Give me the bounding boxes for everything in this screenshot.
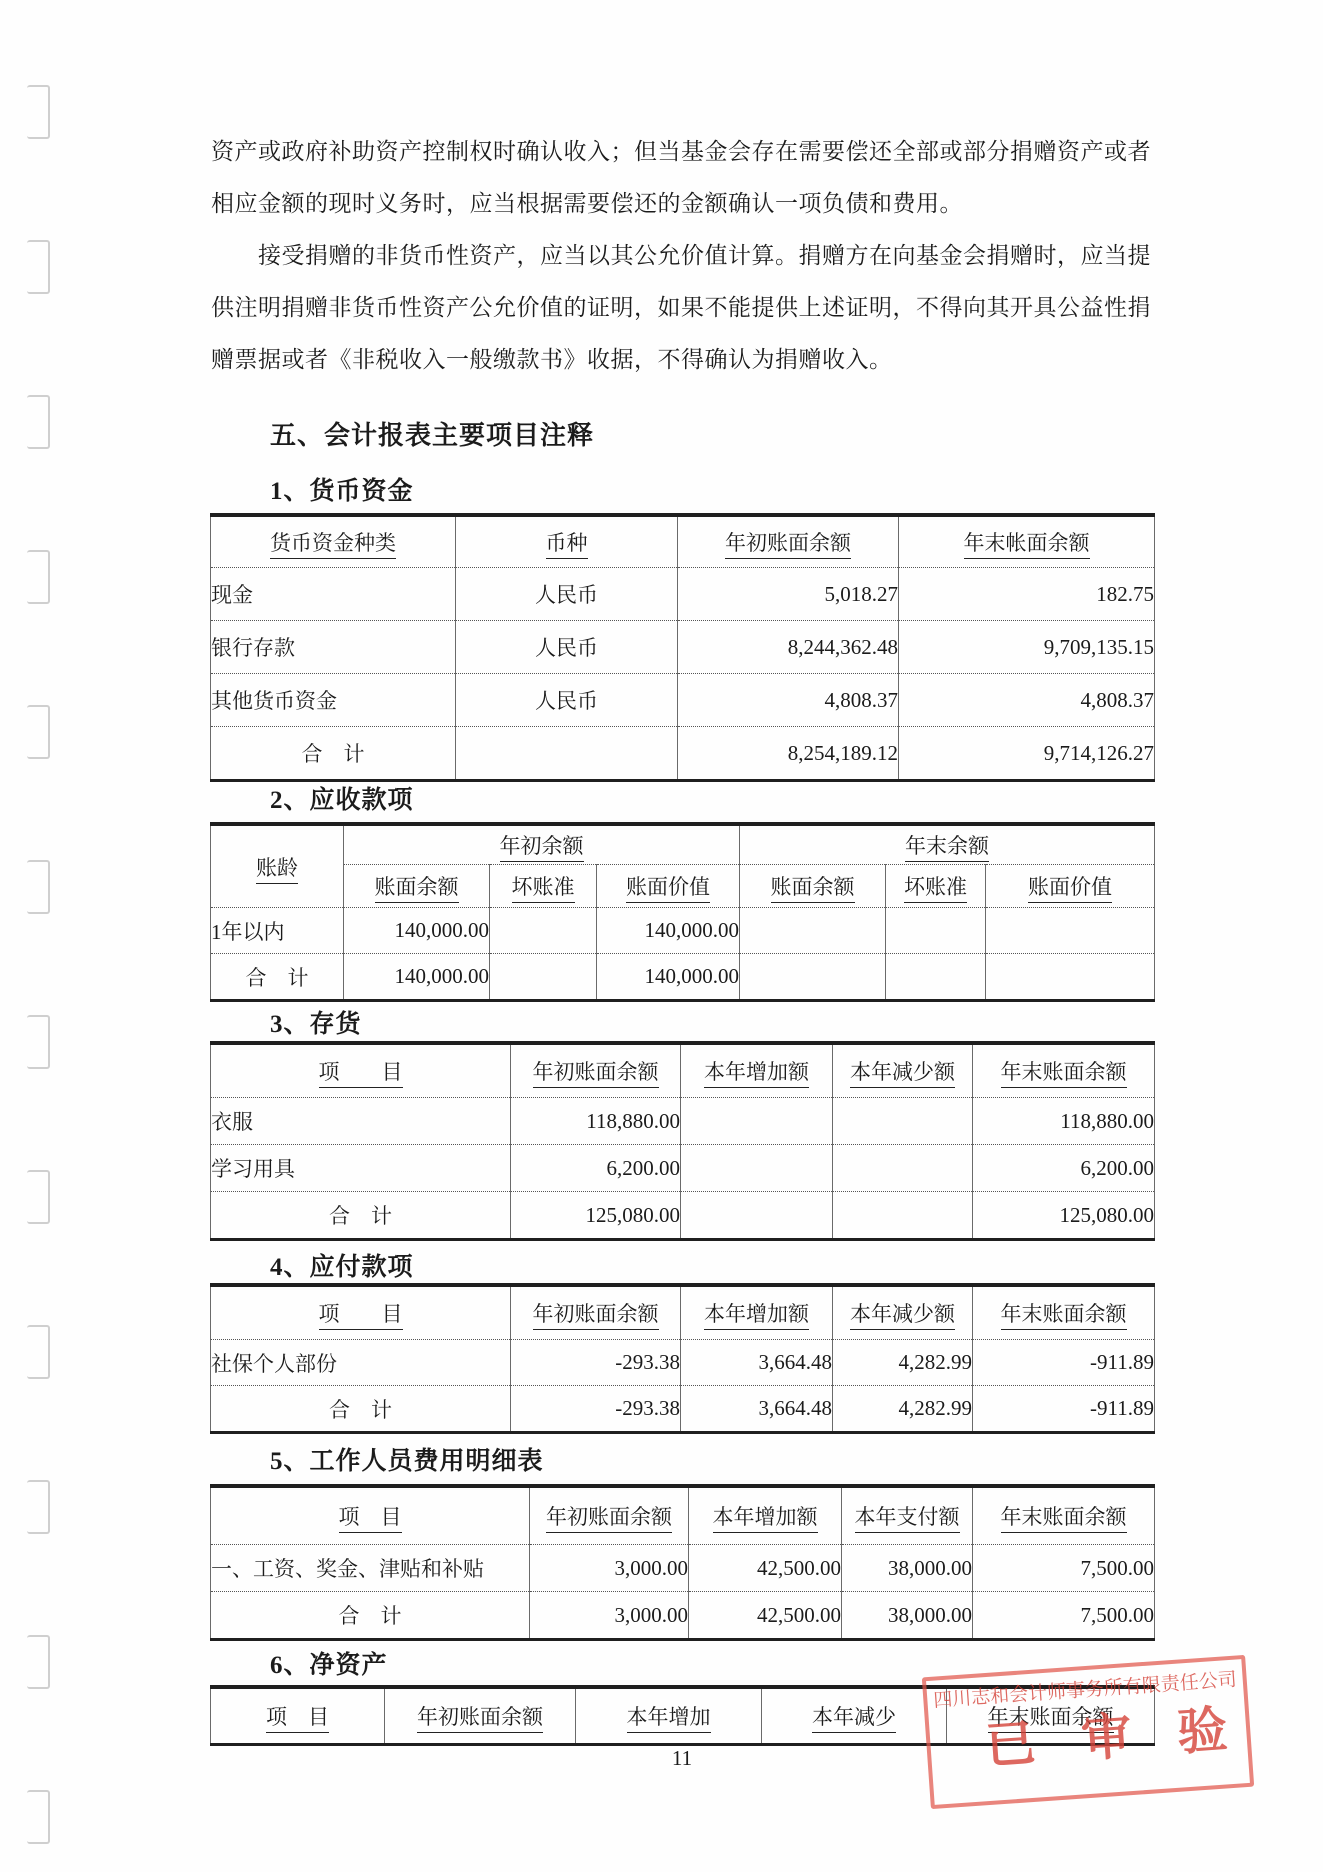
paragraph-line: 资产或政府补助资产控制权时确认收入；但当基金会存在需要偿还全部或部分捐赠资产或者 bbox=[211, 126, 1155, 178]
amount-cell bbox=[833, 1098, 973, 1145]
column-header: 账面价值 bbox=[986, 865, 1155, 908]
subheading-monetary-funds: 1、货币资金 bbox=[270, 471, 414, 507]
paragraph-line: 供注明捐赠非货币性资产公允价值的证明，如果不能提供上述证明，不得向其开具公益性捐 bbox=[211, 282, 1155, 334]
amount-cell: 9,714,126.27 bbox=[899, 727, 1155, 781]
amount-cell: 6,200.00 bbox=[511, 1145, 681, 1192]
amount-cell bbox=[833, 1192, 973, 1240]
currency-cell: 人民币 bbox=[456, 621, 678, 674]
row-label: 衣服 bbox=[211, 1098, 511, 1145]
column-header: 本年增加额 bbox=[689, 1486, 842, 1545]
row-label: 合 计 bbox=[211, 954, 344, 1001]
amount-cell: 140,000.00 bbox=[344, 908, 490, 954]
amount-cell: 7,500.00 bbox=[973, 1592, 1155, 1640]
amount-cell: 3,664.48 bbox=[681, 1386, 833, 1433]
monetary-funds-table: 货币资金种类 币种 年初账面余额 年末帐面余额 现金 人民币 5,018.27 … bbox=[210, 513, 1155, 782]
section-heading: 五、会计报表主要项目注释 bbox=[270, 415, 594, 452]
amount-cell: 4,808.37 bbox=[899, 674, 1155, 727]
amount-cell bbox=[681, 1098, 833, 1145]
stamp-verdict-text: 已审验 bbox=[929, 1703, 1248, 1775]
amount-cell bbox=[681, 1192, 833, 1240]
group-header-row: 账龄 年初余额 年末余额 bbox=[211, 824, 1155, 865]
amount-cell: -293.38 bbox=[511, 1340, 681, 1386]
subheading-receivables: 2、应收款项 bbox=[270, 780, 414, 816]
column-header: 账龄 bbox=[211, 824, 344, 908]
amount-cell: 3,000.00 bbox=[530, 1545, 689, 1592]
column-header: 坏账准 bbox=[490, 865, 597, 908]
amount-cell: 8,244,362.48 bbox=[678, 621, 899, 674]
total-row: 合 计 8,254,189.12 9,714,126.27 bbox=[211, 727, 1155, 781]
column-header: 本年减少额 bbox=[833, 1043, 973, 1098]
amount-cell bbox=[740, 908, 886, 954]
header-row: 项 目 年初账面余额 本年增加额 本年减少额 年末账面余额 bbox=[211, 1285, 1155, 1340]
row-label: 合 计 bbox=[211, 1592, 530, 1640]
binder-hole-mark bbox=[27, 1170, 50, 1224]
amount-cell bbox=[740, 954, 886, 1001]
amount-cell: 9,709,135.15 bbox=[899, 621, 1155, 674]
amount-cell bbox=[886, 954, 986, 1001]
column-header: 年初账面余额 bbox=[385, 1687, 576, 1745]
binder-hole-mark bbox=[27, 705, 50, 759]
amount-cell bbox=[681, 1145, 833, 1192]
column-header: 本年减少 bbox=[762, 1687, 947, 1745]
amount-cell bbox=[986, 908, 1155, 954]
column-header: 账面余额 bbox=[344, 865, 490, 908]
column-header: 年初账面余额 bbox=[511, 1043, 681, 1098]
header-row: 项 目 年初账面余额 本年增加额 本年支付额 年末账面余额 bbox=[211, 1486, 1155, 1545]
currency-cell bbox=[456, 727, 678, 781]
table-row: 银行存款 人民币 8,244,362.48 9,709,135.15 bbox=[211, 621, 1155, 674]
column-header: 项 目 bbox=[211, 1285, 511, 1340]
column-header: 年初账面余额 bbox=[511, 1285, 681, 1340]
receivables-table: 账龄 年初余额 年末余额 账面余额 坏账准 账面价值 账面余额 坏账准 账面价值… bbox=[210, 822, 1155, 1002]
row-label: 1年以内 bbox=[211, 908, 344, 954]
subheading-payables: 4、应付款项 bbox=[270, 1247, 414, 1283]
binder-hole-mark bbox=[27, 1480, 50, 1534]
subheading-staff-costs: 5、工作人员费用明细表 bbox=[270, 1441, 544, 1477]
column-header: 本年减少额 bbox=[833, 1285, 973, 1340]
currency-cell: 人民币 bbox=[456, 568, 678, 621]
column-header: 本年增加额 bbox=[681, 1285, 833, 1340]
amount-cell: 125,080.00 bbox=[973, 1192, 1155, 1240]
amount-cell: 118,880.00 bbox=[973, 1098, 1155, 1145]
column-header: 账面余额 bbox=[740, 865, 886, 908]
row-label: 合 计 bbox=[211, 727, 456, 781]
amount-cell: -911.89 bbox=[973, 1386, 1155, 1433]
column-header: 年初账面余额 bbox=[530, 1486, 689, 1545]
amount-cell: 38,000.00 bbox=[842, 1592, 973, 1640]
amount-cell: 4,282.99 bbox=[833, 1340, 973, 1386]
amount-cell: 4,282.99 bbox=[833, 1386, 973, 1433]
row-label: 其他货币资金 bbox=[211, 674, 456, 727]
amount-cell: -293.38 bbox=[511, 1386, 681, 1433]
amount-cell: 140,000.00 bbox=[597, 954, 740, 1001]
audit-stamp: 四川志和会计师事务所有限责任公司 已审验 bbox=[922, 1655, 1254, 1809]
subheader-row: 账面余额 坏账准 账面价值 账面余额 坏账准 账面价值 bbox=[211, 865, 1155, 908]
binder-hole-mark bbox=[27, 395, 50, 449]
amount-cell bbox=[886, 908, 986, 954]
binder-hole-mark bbox=[27, 1790, 50, 1844]
column-header: 本年增加 bbox=[576, 1687, 762, 1745]
column-header: 年末账面余额 bbox=[973, 1486, 1155, 1545]
amount-cell: 6,200.00 bbox=[973, 1145, 1155, 1192]
column-header: 本年支付额 bbox=[842, 1486, 973, 1545]
column-header: 年末帐面余额 bbox=[899, 515, 1155, 568]
row-label: 学习用具 bbox=[211, 1145, 511, 1192]
amount-cell: 3,000.00 bbox=[530, 1592, 689, 1640]
row-label: 社保个人部份 bbox=[211, 1340, 511, 1386]
amount-cell: 140,000.00 bbox=[597, 908, 740, 954]
amount-cell bbox=[490, 954, 597, 1001]
header-row: 项 目 年初账面余额 本年增加额 本年减少额 年末账面余额 bbox=[211, 1043, 1155, 1098]
amount-cell: 7,500.00 bbox=[973, 1545, 1155, 1592]
binder-hole-mark bbox=[27, 85, 50, 139]
column-header: 币种 bbox=[456, 515, 678, 568]
amount-cell: 42,500.00 bbox=[689, 1545, 842, 1592]
amount-cell: 125,080.00 bbox=[511, 1192, 681, 1240]
amount-cell bbox=[490, 908, 597, 954]
paragraph-line: 接受捐赠的非货币性资产，应当以其公允价值计算。捐赠方在向基金会捐赠时，应当提 bbox=[211, 230, 1155, 282]
amount-cell: 140,000.00 bbox=[344, 954, 490, 1001]
column-group-header: 年初余额 bbox=[344, 824, 740, 865]
row-label: 银行存款 bbox=[211, 621, 456, 674]
column-group-header: 年末余额 bbox=[740, 824, 1155, 865]
amount-cell: -911.89 bbox=[973, 1340, 1155, 1386]
subheading-inventory: 3、存货 bbox=[270, 1004, 362, 1040]
column-header: 年初账面余额 bbox=[678, 515, 899, 568]
header-row: 货币资金种类 币种 年初账面余额 年末帐面余额 bbox=[211, 515, 1155, 568]
total-row: 合 计 140,000.00 140,000.00 bbox=[211, 954, 1155, 1001]
table-row: 其他货币资金 人民币 4,808.37 4,808.37 bbox=[211, 674, 1155, 727]
paragraph-line: 赠票据或者《非税收入一般缴款书》收据，不得确认为捐赠收入。 bbox=[211, 334, 1155, 386]
amount-cell: 38,000.00 bbox=[842, 1545, 973, 1592]
binder-hole-mark bbox=[27, 860, 50, 914]
subheading-net-assets: 6、净资产 bbox=[270, 1645, 388, 1681]
amount-cell: 42,500.00 bbox=[689, 1592, 842, 1640]
amount-cell bbox=[986, 954, 1155, 1001]
total-row: 合 计 3,000.00 42,500.00 38,000.00 7,500.0… bbox=[211, 1592, 1155, 1640]
row-label: 合 计 bbox=[211, 1386, 511, 1433]
binder-hole-mark bbox=[27, 550, 50, 604]
column-header: 项 目 bbox=[211, 1486, 530, 1545]
table-row: 现金 人民币 5,018.27 182.75 bbox=[211, 568, 1155, 621]
amount-cell: 5,018.27 bbox=[678, 568, 899, 621]
total-row: 合 计 125,080.00 125,080.00 bbox=[211, 1192, 1155, 1240]
staff-costs-table: 项 目 年初账面余额 本年增加额 本年支付额 年末账面余额 一、工资、奖金、津贴… bbox=[210, 1484, 1155, 1641]
body-paragraphs: 资产或政府补助资产控制权时确认收入；但当基金会存在需要偿还全部或部分捐赠资产或者… bbox=[211, 126, 1155, 386]
paragraph-line: 相应金额的现时义务时，应当根据需要偿还的金额确认一项负债和费用。 bbox=[211, 178, 1155, 230]
currency-cell: 人民币 bbox=[456, 674, 678, 727]
amount-cell: 8,254,189.12 bbox=[678, 727, 899, 781]
table-row: 一、工资、奖金、津贴和补贴 3,000.00 42,500.00 38,000.… bbox=[211, 1545, 1155, 1592]
total-row: 合 计 -293.38 3,664.48 4,282.99 -911.89 bbox=[211, 1386, 1155, 1433]
payables-table: 项 目 年初账面余额 本年增加额 本年减少额 年末账面余额 社保个人部份 -29… bbox=[210, 1283, 1155, 1434]
inventory-table: 项 目 年初账面余额 本年增加额 本年减少额 年末账面余额 衣服 118,880… bbox=[210, 1041, 1155, 1241]
amount-cell: 3,664.48 bbox=[681, 1340, 833, 1386]
column-header: 账面价值 bbox=[597, 865, 740, 908]
amount-cell: 182.75 bbox=[899, 568, 1155, 621]
column-header: 项 目 bbox=[211, 1043, 511, 1098]
column-header: 本年增加额 bbox=[681, 1043, 833, 1098]
table-row: 1年以内 140,000.00 140,000.00 bbox=[211, 908, 1155, 954]
row-label: 现金 bbox=[211, 568, 456, 621]
amount-cell bbox=[833, 1145, 973, 1192]
table-row: 社保个人部份 -293.38 3,664.48 4,282.99 -911.89 bbox=[211, 1340, 1155, 1386]
column-header: 年末账面余额 bbox=[973, 1043, 1155, 1098]
binder-hole-mark bbox=[27, 1015, 50, 1069]
amount-cell: 118,880.00 bbox=[511, 1098, 681, 1145]
row-label: 合 计 bbox=[211, 1192, 511, 1240]
binder-hole-mark bbox=[27, 1325, 50, 1379]
amount-cell: 4,808.37 bbox=[678, 674, 899, 727]
binder-hole-mark bbox=[27, 240, 50, 294]
column-header: 坏账准 bbox=[886, 865, 986, 908]
scanned-audit-report-page: 资产或政府补助资产控制权时确认收入；但当基金会存在需要偿还全部或部分捐赠资产或者… bbox=[0, 0, 1323, 1872]
row-label: 一、工资、奖金、津贴和补贴 bbox=[211, 1545, 530, 1592]
column-header: 货币资金种类 bbox=[211, 515, 456, 568]
table-row: 衣服 118,880.00 118,880.00 bbox=[211, 1098, 1155, 1145]
table-row: 学习用具 6,200.00 6,200.00 bbox=[211, 1145, 1155, 1192]
binder-hole-mark bbox=[27, 1635, 50, 1689]
column-header: 年末账面余额 bbox=[973, 1285, 1155, 1340]
column-header: 项 目 bbox=[211, 1687, 385, 1745]
